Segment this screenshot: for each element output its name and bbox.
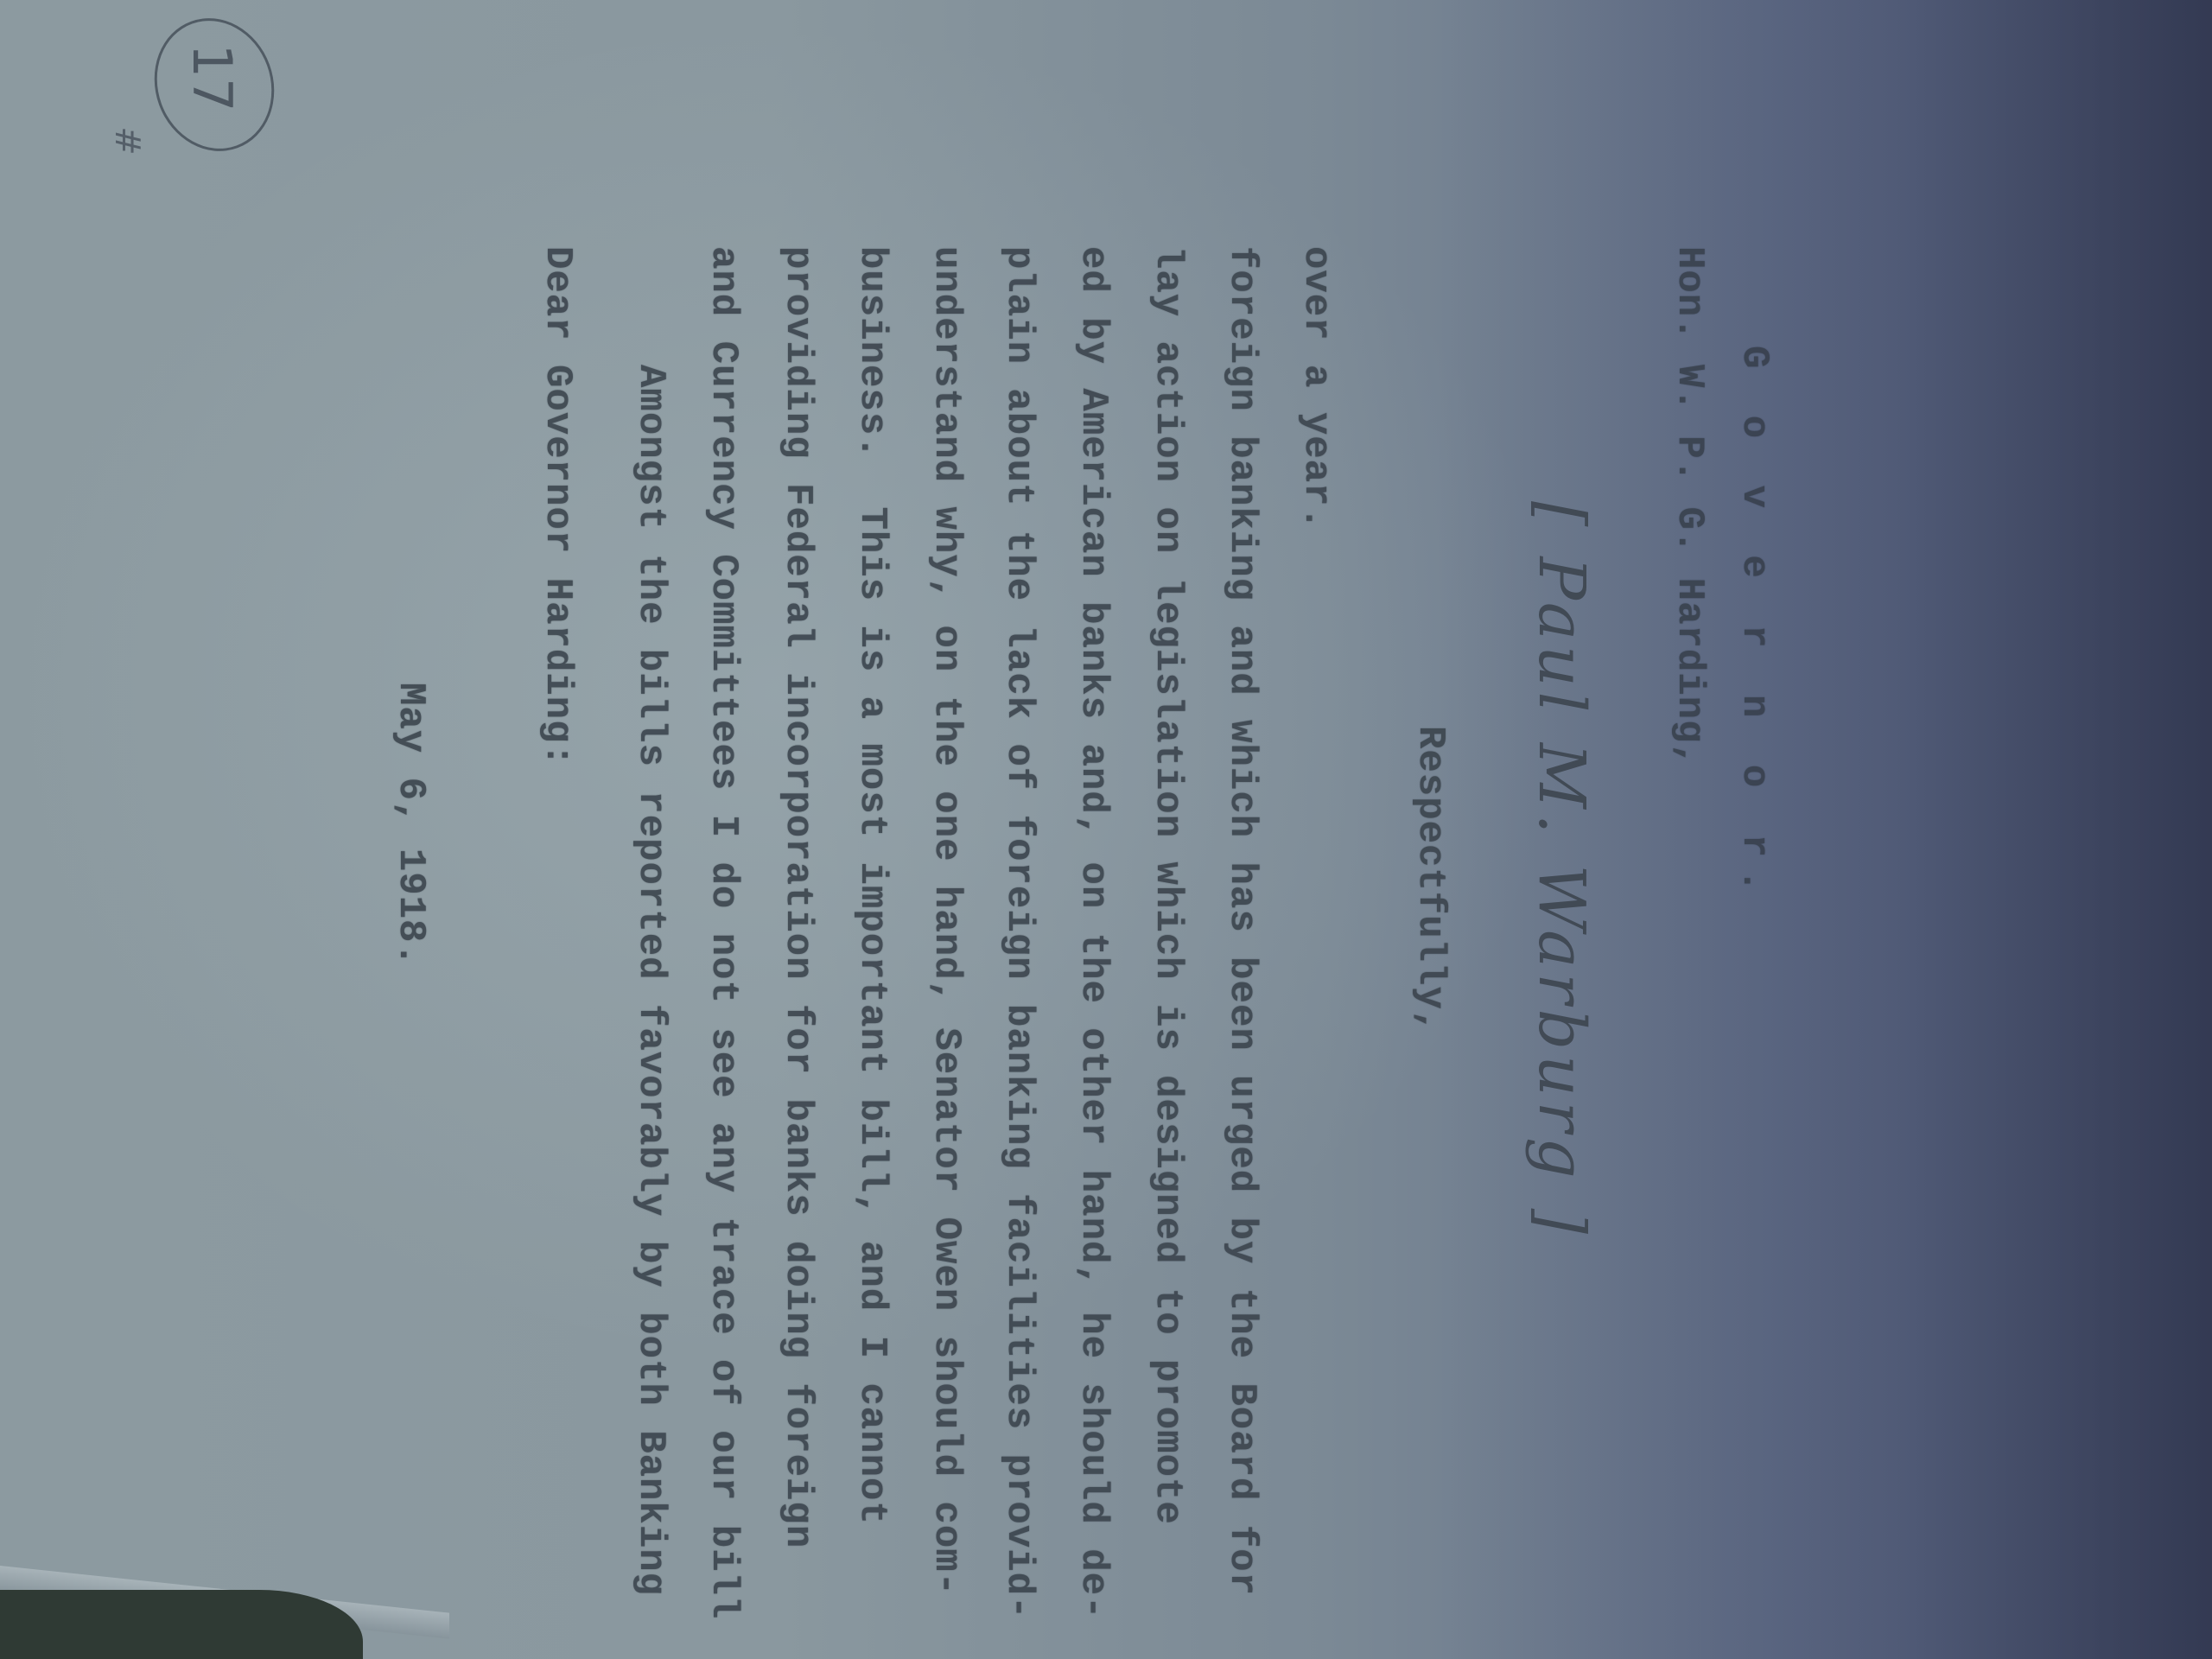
body-line: lay action on legislation which is desig… bbox=[1146, 246, 1189, 1525]
closing: Respectfully, bbox=[1408, 726, 1452, 1033]
document-photo: 17 # May 6, 1918. Dear Governor Harding:… bbox=[0, 0, 2212, 1659]
hash-mark-icon: # bbox=[107, 126, 147, 156]
desk-surface bbox=[0, 1590, 363, 1659]
letter: May 6, 1918. Dear Governor Harding: Amon… bbox=[648, 0, 2117, 1607]
body-line: understand why, on the one hand, Senator… bbox=[925, 246, 968, 1596]
handwritten-signature: [ Paul M. Warburg ] bbox=[1524, 501, 1599, 1239]
letter-date: May 6, 1918. bbox=[389, 683, 432, 967]
addressee-name: Hon. W. P. G. Harding, bbox=[1668, 246, 1711, 767]
body-line: providing Federal incorporation for bank… bbox=[776, 246, 819, 1548]
body-line: Amongst the bills reported favorably by … bbox=[629, 246, 672, 1596]
body-line: ed by American banks and, on the other h… bbox=[1071, 246, 1115, 1619]
addressee-title: G o v e r n o r. bbox=[1732, 346, 1776, 904]
body-line: plain about the lack of foreign banking … bbox=[997, 246, 1040, 1619]
page-number: 17 bbox=[168, 39, 255, 117]
salutation: Dear Governor Harding: bbox=[536, 246, 579, 767]
body-line: and Currency Committees I do not see any… bbox=[702, 246, 745, 1619]
body-line: business. This is a most important bill,… bbox=[850, 246, 893, 1525]
body-line: foreign banking and which has been urged… bbox=[1220, 246, 1263, 1596]
body-line: over a year. bbox=[1294, 246, 1338, 531]
